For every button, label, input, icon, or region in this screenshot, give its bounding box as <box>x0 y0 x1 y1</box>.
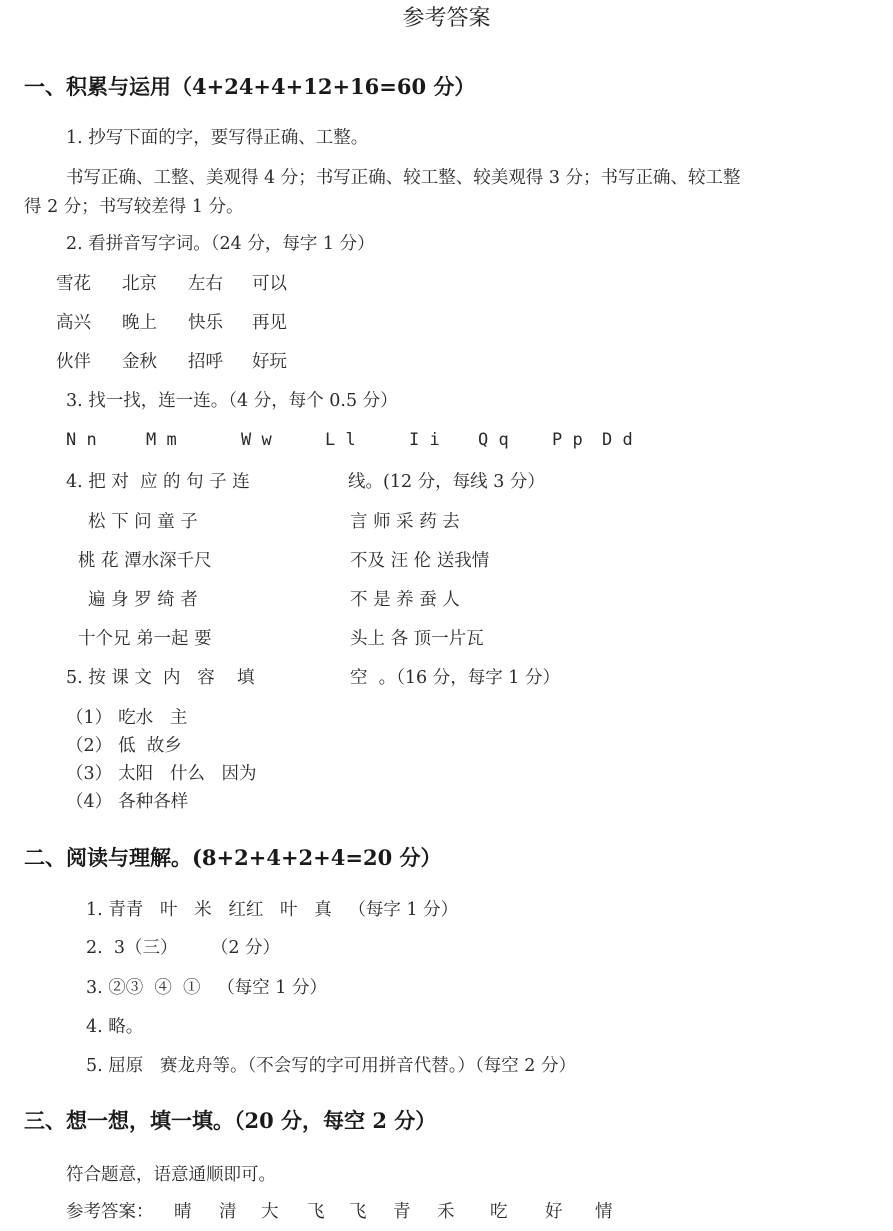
answer-label: 参考答案： <box>66 1204 174 1222</box>
answer: 好 <box>545 1204 595 1222</box>
answer: 飞 <box>307 1204 349 1222</box>
letter-pair: P p <box>552 432 602 449</box>
section-3-heading: 三、想一想，填一填。（20 分，每空 2 分） <box>24 1110 436 1131</box>
word: 招呼 <box>188 354 252 372</box>
q2-row-1: 雪花 北京 左右 可以 <box>56 276 287 294</box>
s2-item-5: 5. 屈原 赛龙舟等。（不会写的字可用拼音代替。）（每空 2 分） <box>86 1058 576 1076</box>
q2-row-3: 伙伴 金秋 招呼 好玩 <box>56 354 287 372</box>
answer: 飞 <box>349 1204 393 1222</box>
q4-right-1: 言 师 采 药 去 <box>350 514 460 532</box>
answer: 清 <box>219 1204 261 1222</box>
item-answer: 吃水 主 <box>118 708 187 728</box>
q4-left-3: 遍 身 罗 绮 者 <box>88 592 198 610</box>
q2-prompt: 2. 看拼音写字词。（24 分，每字 1 分） <box>66 236 375 254</box>
s2-item-3: 3. ②③ ④ ① （每空 1 分） <box>86 980 327 998</box>
word: 再见 <box>252 315 287 333</box>
answer: 吃 <box>490 1204 545 1222</box>
word: 可以 <box>252 276 287 294</box>
word: 伙伴 <box>56 354 122 372</box>
q4-right-2: 不及 汪 伦 送我情 <box>350 553 489 571</box>
q5-item-2: （2）低 故乡 <box>66 738 182 756</box>
section-2-heading: 二、阅读与理解。(8+2+4+2+4=20 分） <box>24 847 442 868</box>
q5-prompt-left: 5. 按 课 文 内 容 填 <box>66 670 254 688</box>
answer: 晴 <box>174 1204 219 1222</box>
letter-pair: M m <box>146 432 241 449</box>
letter-pair: D d <box>602 432 633 449</box>
word: 晚上 <box>122 315 188 333</box>
item-number: （3） <box>66 764 112 784</box>
letter-pair: L l <box>325 432 409 449</box>
letter-pair: N n <box>66 432 146 449</box>
s3-note: 符合题意，语意通顺即可。 <box>66 1167 276 1185</box>
word: 高兴 <box>56 315 122 333</box>
item-number: （2） <box>66 736 112 756</box>
item-number: （1） <box>66 708 112 728</box>
answer: 情 <box>595 1204 613 1222</box>
q5-item-4: （4）各种各样 <box>66 794 188 812</box>
q2-row-2: 高兴 晚上 快乐 再见 <box>56 315 287 333</box>
q4-right-4: 头上 各 顶一片瓦 <box>350 631 484 649</box>
word: 金秋 <box>122 354 188 372</box>
s2-item-4: 4. 略。 <box>86 1019 143 1037</box>
q4-prompt-right: 线。(12 分，每线 3 分） <box>348 474 545 492</box>
page-title: 参考答案 <box>0 8 893 30</box>
item-answer: 低 故乡 <box>118 736 182 756</box>
s2-item-1: 1. 青青 叶 米 红红 叶 真 （每字 1 分） <box>86 902 458 920</box>
q1-prompt: 1. 抄写下面的字，要写得正确、工整。 <box>66 130 368 148</box>
s3-answers: 参考答案： 晴 清 大 飞 飞 青 禾 吃 好 情 <box>66 1204 613 1222</box>
word: 好玩 <box>252 354 287 372</box>
q4-right-3: 不 是 养 蚕 人 <box>350 592 460 610</box>
word: 快乐 <box>188 315 252 333</box>
q3-letter-pairs: N n M m W w L l I i Q q P p D d <box>66 432 633 449</box>
q4-left-1: 松 下 问 童 子 <box>88 514 198 532</box>
item-answer: 各种各样 <box>118 792 188 812</box>
s2-item-2: 2. 3（三） （2 分） <box>86 940 280 958</box>
answer: 禾 <box>437 1204 490 1222</box>
q4-left-4: 十个兄 弟一起 要 <box>78 631 212 649</box>
q3-prompt: 3. 找一找，连一连。（4 分，每个 0.5 分） <box>66 393 398 411</box>
q5-prompt-right: 空 。（16 分，每字 1 分） <box>350 670 560 688</box>
letter-pair: I i <box>409 432 478 449</box>
letter-pair: W w <box>241 432 325 449</box>
word: 左右 <box>188 276 252 294</box>
section-1-heading: 一、积累与运用（4+24+4+12+16=60 分） <box>24 76 475 97</box>
answer: 青 <box>393 1204 437 1222</box>
q5-item-1: （1）吃水 主 <box>66 710 187 728</box>
q1-criteria-line-1: 书写正确、工整、美观得 4 分；书写正确、较工整、较美观得 3 分；书写正确、较… <box>66 170 741 188</box>
q1-criteria-line-2: 得 2 分；书写较差得 1 分。 <box>24 199 244 217</box>
item-number: （4） <box>66 792 112 812</box>
q4-prompt-left: 4. 把 对 应 的 句 子 连 <box>66 474 250 492</box>
word: 雪花 <box>56 276 122 294</box>
answer: 大 <box>261 1204 307 1222</box>
word: 北京 <box>122 276 188 294</box>
item-answer: 太阳 什么 因为 <box>118 764 256 784</box>
q4-left-2: 桃 花 潭水深千尺 <box>78 553 212 571</box>
letter-pair: Q q <box>478 432 552 449</box>
q5-item-3: （3）太阳 什么 因为 <box>66 766 257 784</box>
